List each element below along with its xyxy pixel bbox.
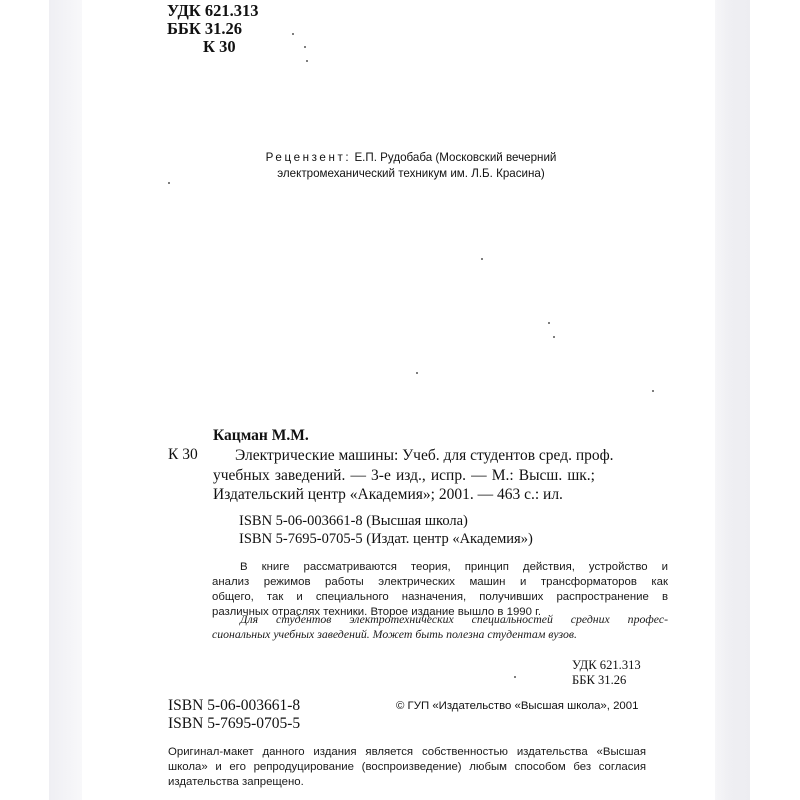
scan-speck xyxy=(481,258,483,260)
top-classification-codes: УДК 621.313 ББК 31.26 К 30 xyxy=(167,2,259,56)
rights-line: школа» и его репродуцирование (воспроизв… xyxy=(168,760,646,775)
isbn-entry: ISBN 5-7695-0705-5 (Издат. центр «Академ… xyxy=(239,530,533,548)
isbn-entry: ISBN 5-7695-0705-5 xyxy=(168,715,300,733)
reviewer-label: Рецензент: xyxy=(266,151,352,164)
abstract-line: общего, так и специального назначения, п… xyxy=(212,590,668,605)
book-abstract: В книге рассматриваются теория, принцип … xyxy=(212,560,668,620)
rights-notice: Оригинал-макет данного издания является … xyxy=(168,745,646,790)
catalog-isbn-list: ISBN 5-06-003661-8 (Высшая школа) ISBN 5… xyxy=(239,512,533,548)
bbk-code: ББК 31.26 xyxy=(167,20,259,38)
bbk-code-bottom: ББК 31.26 xyxy=(572,673,641,688)
reviewer-line-2: электромеханический техникум им. Л.Б. Кр… xyxy=(246,166,576,182)
biblio-line: Издательский центр «Академия»; 2001. — 4… xyxy=(213,485,595,505)
scan-speck xyxy=(292,33,294,35)
scan-speck xyxy=(306,60,308,62)
scan-speck xyxy=(416,372,418,374)
audience-line: сиональных учебных заведений. Может быть… xyxy=(212,627,668,642)
catalog-author: Кацман М.М. xyxy=(213,427,309,445)
scan-speck xyxy=(553,336,555,338)
biblio-line: Электрические машины: Учеб. для студенто… xyxy=(213,446,595,466)
audience-line: Для студентов электротехнических специал… xyxy=(212,612,668,627)
isbn-entry: ISBN 5-06-003661-8 (Высшая школа) xyxy=(239,512,533,530)
scan-speck xyxy=(168,182,170,184)
author-sign: К 30 xyxy=(167,38,259,56)
isbn-entry: ISBN 5-06-003661-8 xyxy=(168,697,300,715)
catalog-bibliographic-description: Электрические машины: Учеб. для студенто… xyxy=(213,446,595,505)
rights-line: Оригинал-макет данного издания является … xyxy=(168,745,646,760)
bottom-classification-codes: УДК 621.313 ББК 31.26 xyxy=(572,658,641,688)
reviewer-block: Рецензент: Е.П. Рудобаба (Московский веч… xyxy=(246,150,576,182)
scan-speck xyxy=(548,322,550,324)
scan-speck xyxy=(304,46,306,48)
biblio-line: учебных заведений. — 3-е изд., испр. — М… xyxy=(213,466,595,486)
udk-code: УДК 621.313 xyxy=(167,2,259,20)
reviewer-line-1: Рецензент: Е.П. Рудобаба (Московский веч… xyxy=(246,150,576,166)
scan-speck xyxy=(514,676,516,678)
copyright-notice: © ГУП «Издательство «Высшая школа», 2001 xyxy=(396,700,638,712)
target-audience: Для студентов электротехнических специал… xyxy=(212,612,668,642)
abstract-line: анализ режимов работы электрических маши… xyxy=(212,575,668,590)
rights-line: издательства запрещено. xyxy=(168,775,646,790)
abstract-line: В книге рассматриваются теория, принцип … xyxy=(212,560,668,575)
scan-speck xyxy=(652,390,654,392)
bottom-isbn-list: ISBN 5-06-003661-8 ISBN 5-7695-0705-5 xyxy=(168,697,300,733)
page-edge-left xyxy=(49,0,82,800)
udk-code-bottom: УДК 621.313 xyxy=(572,658,641,673)
catalog-author-sign: К 30 xyxy=(168,446,198,464)
reviewer-name: Е.П. Рудобаба (Московский вечерний xyxy=(351,151,556,164)
page-edge-right xyxy=(715,0,750,800)
